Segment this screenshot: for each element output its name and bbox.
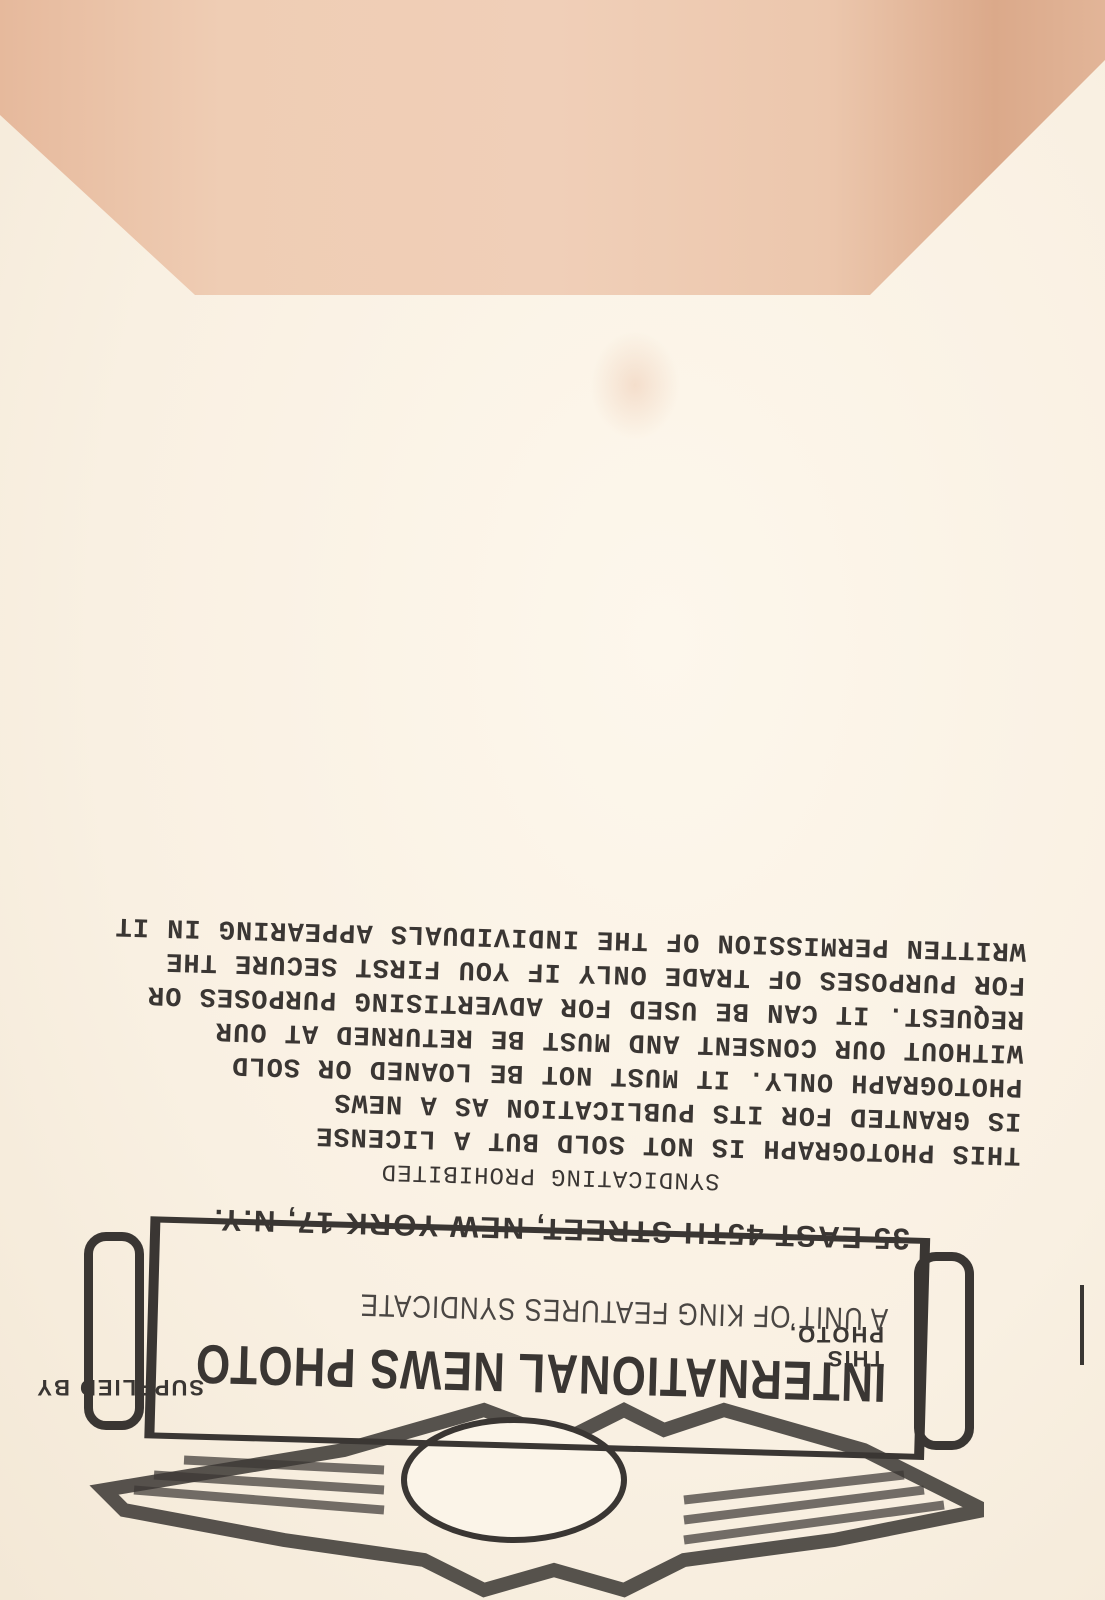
paper-stain <box>590 330 680 440</box>
agency-stamp: THIS PHOTO, SUPPLIED BY INTERNATIONAL NE… <box>0 850 1104 1600</box>
brand-banner: INTERNATIONAL NEWS PHOTO A UNIT OF KING … <box>144 1216 930 1460</box>
agency-name: INTERNATIONAL NEWS PHOTO <box>194 1331 887 1413</box>
agency-subtitle: A UNIT OF KING FEATURES SYNDICATE <box>359 1286 888 1338</box>
scroll-roll-left <box>914 1252 974 1450</box>
license-notice: SYNDICATING PROHIBITED THIS PHOTOGRAPH I… <box>0 905 1027 1205</box>
scroll-roll-right <box>84 1232 144 1430</box>
divider-line <box>1080 1285 1084 1365</box>
